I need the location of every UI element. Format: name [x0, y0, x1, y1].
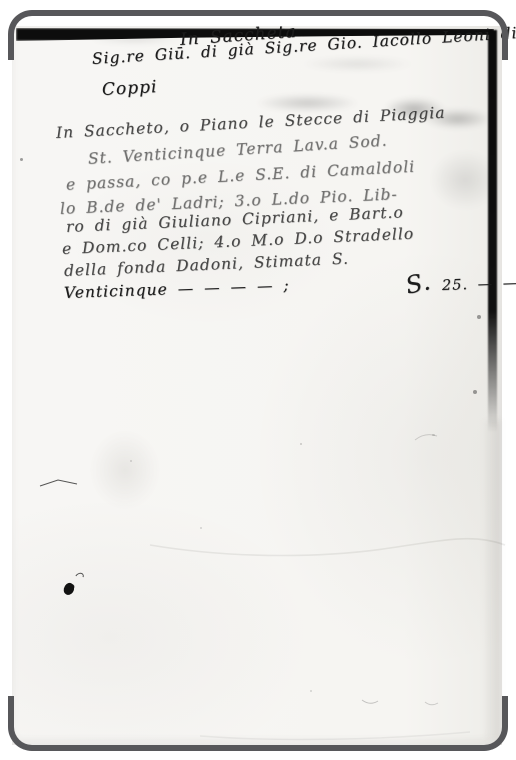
- handwriting-layer: In Saccheta Sig.re Giū. di già Sig.re Gi…: [0, 0, 516, 760]
- manuscript-line: Sig.re Giū. di già Sig.re Gio. Iacollo L…: [91, 24, 516, 68]
- manuscript-line: In Saccheto, o Piano le Stecce di Piaggi…: [56, 104, 446, 142]
- amount-value: 25. — —: [442, 275, 516, 294]
- manuscript-line: Coppi: [101, 77, 157, 100]
- scanned-document-page: In Saccheta Sig.re Giū. di già Sig.re Gi…: [0, 0, 516, 760]
- manuscript-line: Venticinque — — — — ;: [64, 276, 290, 302]
- amount-symbol: S.: [403, 267, 433, 300]
